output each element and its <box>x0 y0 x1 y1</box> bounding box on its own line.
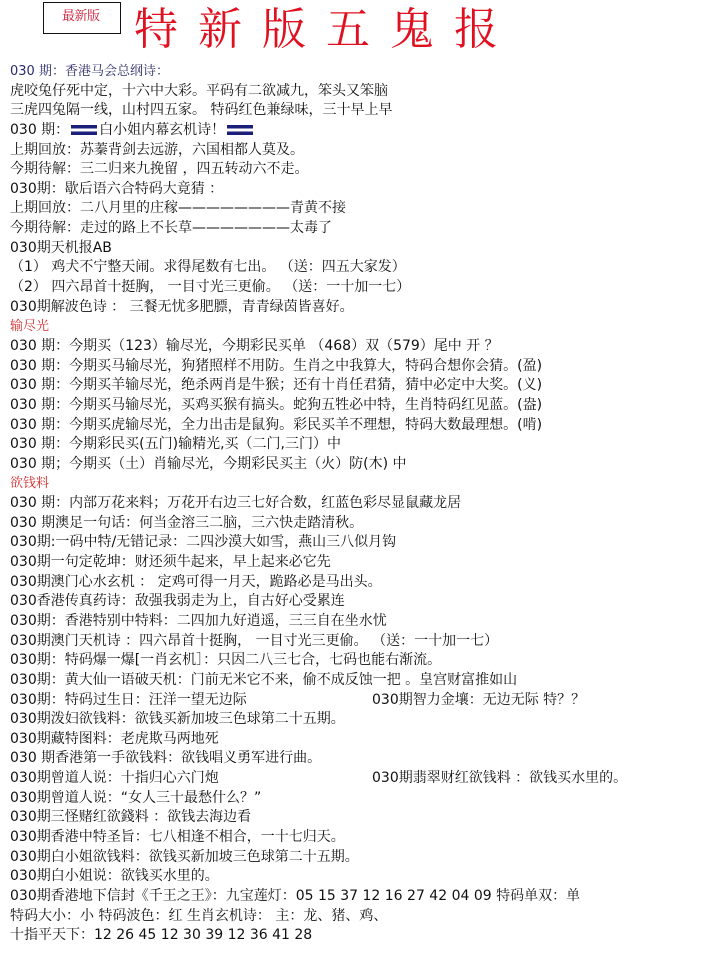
text-line: 030期天机报AB <box>10 239 700 259</box>
text-line: 030期：黄大仙一语破天机：门前无米它不来，偷不成反蚀一把 。皇宫财富推如山 <box>10 671 700 691</box>
line-text: 030期泼妇欲钱料：欲钱买新加坡三色球第二十五期。 <box>10 711 345 727</box>
text-line: 030期曾道人说：“女人三十最愁什么？” <box>10 789 700 809</box>
text-line: 030期解波色诗 ： 三餐无忧多肥膘，青青绿茵皆喜好。 <box>10 298 700 318</box>
text-line: 030期白小姐欲钱料：欲钱买新加坡三色球第二十五期。 <box>10 848 700 868</box>
line-text: 030期：歇后语六合特码大竟猜 ： <box>10 181 223 197</box>
line-text: 三虎四兔隔一线，山村四五家。 特码红色兼绿味，三十早上早 <box>10 102 392 118</box>
line-text: 030 期；今期买（土）肖输尽光，今期彩民买主（火）防(木) 中 <box>10 456 407 472</box>
line-text: 030香港传真药诗：敌强我弱走为上，自古好心受累连 <box>10 593 345 609</box>
line-text: 030 期：内部万花来料；万花开右边三七好合数，红蓝色彩尽显鼠藏龙居 <box>10 495 461 511</box>
text-line: 030期：特码过生日：汪洋一望无边际030期智力金壤：无边无际 特？？ <box>10 691 700 711</box>
text-line: 030 期香港第一手欲钱料：欲钱唱义勇军进行曲。 <box>10 749 700 769</box>
line-text: 特码大小：小 特码波色：红 生肖玄机诗： 主：龙、猪、鸡、 <box>10 908 387 924</box>
line-text: 030 期：香港马会总纲诗： <box>10 64 169 79</box>
line-text: 030期香港中特圣旨：七八相逢不相合，一十七归天。 <box>10 829 345 845</box>
text-line: 030期泼妇欲钱料：欲钱买新加坡三色球第二十五期。 <box>10 710 700 730</box>
text-line: 030 期：今期彩民买(五门)输精光,买（二门,三门）中 <box>10 435 700 455</box>
text-line: 030期：歇后语六合特码大竟猜 ： <box>10 180 700 200</box>
text-line: 今期待解：走过的路上不长草———————太毒了 <box>10 219 700 239</box>
text-line: 030 期澳足一句话：何当金溶三二脑，三六快走踏清秋。 <box>10 514 700 534</box>
text-line: 030 期：今期买（123）输尽光，今期彩民买单 （468）双（579）尾中 开… <box>10 337 700 357</box>
text-line: 虎咬兔仔死中定，十六中大彩。平码有二欲减九，笨头又笨脑 <box>10 82 700 102</box>
line-text: 030 期：今期买马输尽光，狗猪照样不用防。生肖之中我算大，特码合想你会猜。(盈… <box>10 358 542 374</box>
text-line: 030期澳门心水玄机 ： 定鸡可得一月天，跪路必是马出头。 <box>10 573 700 593</box>
line-text: 虎咬兔仔死中定，十六中大彩。平码有二欲减九，笨头又笨脑 <box>10 83 388 99</box>
line-text: 030期曾道人说：十指归心六门炮 <box>10 770 219 786</box>
line-text: 030期曾道人说：“女人三十最愁什么？” <box>10 790 261 806</box>
text-line: 030期：特码爆一爆[一肖玄机］：只因二八三七合，七码也能右渐流。 <box>10 651 700 671</box>
badge-label: 最新版 <box>62 5 100 24</box>
text-line: 030 期：今期买马输尽光，狗猪照样不用防。生肖之中我算大，特码合想你会猜。(盈… <box>10 357 700 377</box>
double-bar-icon <box>227 125 253 135</box>
line-text: 030期：特码过生日：汪洋一望无边际 <box>10 692 247 708</box>
text-line: 030期藏特图料：老虎欺马两地死 <box>10 730 700 750</box>
text-line: （2） 四六昂首十挺胸， 一目寸光三更偷。 （送：一十加一七） <box>10 278 700 298</box>
text-line: 上期回放：苏蓁背剑去远游，六国相都人莫及。 <box>10 141 700 161</box>
text-line: 030期一句定乾坤：财还须牛起来，早上起来必它先 <box>10 553 700 573</box>
text-line: 030期三怪赌红欲錢料 ：欲钱去海边看 <box>10 808 700 828</box>
line-text: 030期白小姐说：欲钱买水里的。 <box>10 868 219 884</box>
line-text: 030 期：今期买马输尽光，买鸡买猴有搞头。蛇狗五牲必中特，生肖特码红见蓝。(盎… <box>10 397 542 413</box>
text-line: 特码大小：小 特码波色：红 生肖玄机诗： 主：龙、猪、鸡、 <box>10 907 700 927</box>
text-line: 030 期：香港马会总纲诗： <box>10 62 700 82</box>
content-lines: 030 期：香港马会总纲诗：虎咬兔仔死中定，十六中大彩。平码有二欲减九，笨头又笨… <box>10 62 700 946</box>
line-text: 030 期：今期买虎输尽光，全力出击是鼠狗。彩民买羊不理想，特码大数最理想。(啃… <box>10 417 542 433</box>
text-line: 030 期：内部万花来料；万花开右边三七好合数，红蓝色彩尽显鼠藏龙居 <box>10 494 700 514</box>
line-text: 030期澳门心水玄机 ： 定鸡可得一月天，跪路必是马出头。 <box>10 574 382 590</box>
line-text: 今期待解：走过的路上不长草———————太毒了 <box>10 220 332 236</box>
latest-edition-badge: 最新版 <box>43 2 121 34</box>
text-line: 030 期：今期买马输尽光，买鸡买猴有搞头。蛇狗五牲必中特，生肖特码红见蓝。(盎… <box>10 396 700 416</box>
line-text: 030期一句定乾坤：财还须牛起来，早上起来必它先 <box>10 554 331 570</box>
line-text: 030 期：今期买（123）输尽光，今期彩民买单 （468）双（579）尾中 开… <box>10 338 499 354</box>
section-heading: 欲钱料 <box>10 474 700 494</box>
line-text: 030期三怪赌红欲錢料 ：欲钱去海边看 <box>10 809 251 825</box>
text-line: 030期：香港特别中特料：二四加九好逍遥，三三自在坐水忧 <box>10 612 700 632</box>
text-line: 030 期：今期买羊输尽光，绝杀两肖是牛猴；还有十肖任君猜，猜中必定中大奖。(义… <box>10 376 700 396</box>
line-text: 今期待解：三二归来九挽留 ，四五转动六不走。 <box>10 161 308 177</box>
line-text: 上期回放：二八月里的庄稼————————青黄不接 <box>10 200 346 216</box>
line-text: （1） 鸡犬不宁整天闹。求得尾数有七出。 （送：四五大家发） <box>10 259 406 275</box>
line-text-right: 030期智力金壤：无边无际 特？？ <box>372 691 585 711</box>
text-line: 030期曾道人说：十指归心六门炮030期翡翠财红欲钱料 ：欲钱买水里的。 <box>10 769 700 789</box>
text-line: （1） 鸡犬不宁整天闹。求得尾数有七出。 （送：四五大家发） <box>10 258 700 278</box>
line-text: 030期天机报AB <box>10 240 112 256</box>
line-text: 030 期澳足一句话：何当金溶三二脑，三六快走踏清秋。 <box>10 515 363 531</box>
line-text: 白小姐内幕玄机诗！ <box>99 122 225 138</box>
text-line: 十指平天下：12 26 45 12 30 39 12 36 41 28 <box>10 926 700 946</box>
line-text-right: 030期翡翠财红欲钱料 ：欲钱买水里的。 <box>372 769 627 789</box>
text-line: 030 期；今期买（土）肖输尽光，今期彩民买主（火）防(木) 中 <box>10 455 700 475</box>
section-heading: 输尽光 <box>10 317 700 337</box>
line-text: 030 期：今期彩民买(五门)输精光,买（二门,三门）中 <box>10 436 341 452</box>
text-line: 030香港传真药诗：敌强我弱走为上，自古好心受累连 <box>10 592 700 612</box>
page-title: 特新版五鬼报 <box>134 2 518 58</box>
line-text: 030期:一码中特/无错记录：二四沙漠大如雪，燕山三八似月钩 <box>10 534 396 550</box>
line-text: 030期藏特图料：老虎欺马两地死 <box>10 731 219 747</box>
page-header: 最新版 特新版五鬼报 <box>0 0 702 60</box>
line-text: 030期解波色诗 ： 三餐无忧多肥膘，青青绿茵皆喜好。 <box>10 299 354 315</box>
text-line: 030期:一码中特/无错记录：二四沙漠大如雪，燕山三八似月钩 <box>10 533 700 553</box>
line-text: 030期澳门天机诗 ：四六昂首十挺胸， 一目寸光三更偷。 （送：一十加一七） <box>10 633 498 649</box>
line-text: 030期：香港特别中特料：二四加九好逍遥，三三自在坐水忧 <box>10 613 387 629</box>
line-text: 030 期：今期买羊输尽光，绝杀两肖是牛猴；还有十肖任君猜，猜中必定中大奖。(义… <box>10 377 542 393</box>
text-line: 030期白小姐说：欲钱买水里的。 <box>10 867 700 887</box>
line-text: 030期香港地下信封《千王之王》：九宝莲灯：05 15 37 12 16 27 … <box>10 888 580 904</box>
line-text: 上期回放：苏蓁背剑去远游，六国相都人莫及。 <box>10 142 304 158</box>
text-line: 030期香港中特圣旨：七八相逢不相合，一十七归天。 <box>10 828 700 848</box>
line-text: 030期：特码爆一爆[一肖玄机］：只因二八三七合，七码也能右渐流。 <box>10 652 441 668</box>
line-text: 030 期香港第一手欲钱料：欲钱唱义勇军进行曲。 <box>10 750 321 766</box>
line-text: 030期白小姐欲钱料：欲钱买新加坡三色球第二十五期。 <box>10 849 359 865</box>
text-line: 三虎四兔隔一线，山村四五家。 特码红色兼绿味，三十早上早 <box>10 101 700 121</box>
text-line: 030 期：白小姐内幕玄机诗！ <box>10 121 700 141</box>
line-text: 欲钱料 <box>10 476 49 491</box>
text-line: 030 期：今期买虎输尽光，全力出击是鼠狗。彩民买羊不理想，特码大数最理想。(啃… <box>10 416 700 436</box>
line-text: （2） 四六昂首十挺胸， 一目寸光三更偷。 （送：一十加一七） <box>10 279 410 295</box>
line-text: 十指平天下：12 26 45 12 30 39 12 36 41 28 <box>10 927 312 943</box>
text-line: 030期香港地下信封《千王之王》：九宝莲灯：05 15 37 12 16 27 … <box>10 887 700 907</box>
text-line: 030期澳门天机诗 ：四六昂首十挺胸， 一目寸光三更偷。 （送：一十加一七） <box>10 632 700 652</box>
line-text: 输尽光 <box>10 319 49 334</box>
text-line: 今期待解：三二归来九挽留 ，四五转动六不走。 <box>10 160 700 180</box>
line-text: 030期：黄大仙一语破天机：门前无米它不来，偷不成反蚀一把 。皇宫财富推如山 <box>10 672 517 688</box>
text-line: 上期回放：二八月里的庄稼————————青黄不接 <box>10 199 700 219</box>
double-bar-icon <box>71 125 97 135</box>
line-prefix: 030 期： <box>10 122 69 138</box>
